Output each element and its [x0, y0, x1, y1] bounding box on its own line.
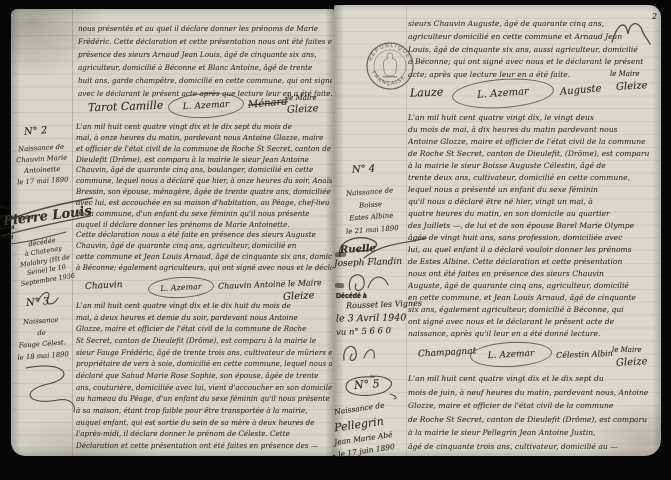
text-line: ont signé avec nous et le déclarant le p…: [408, 316, 658, 328]
text-line: Chauvin, âgé de quarante cinq ans, agric…: [76, 241, 332, 252]
text-line: de Roche St Secret, canton de Dieulefit,…: [408, 148, 658, 160]
stamp-text-top: RÉPUBLIQUE: [368, 43, 412, 62]
scanned-register-spread: nous présentés et au quel il déclare don…: [0, 0, 671, 480]
top-right-paraph: [608, 16, 652, 50]
mayor-label-2: le Maire: [612, 346, 642, 354]
text-line: âgé de cinquante trois ans, cultivateur,…: [408, 440, 658, 454]
record5-body: L'an mil huit cent quatre vingt dix et l…: [408, 372, 658, 453]
record4-death-reference: vu n° 5 6 6 0: [336, 326, 391, 338]
text-line: de Estes Albine. Cette déclaration et ce…: [408, 256, 658, 268]
mayor-label-1: le Maire: [287, 94, 317, 102]
text-line: au hameau du Péage, d'un enfant du sexe …: [76, 393, 332, 405]
signature-mayor-gleize-1: Gleize: [287, 103, 319, 116]
text-line: nous ont été faites en présence des sieu…: [408, 268, 658, 280]
record4-margin-number: N° 4: [352, 163, 376, 175]
text-line: à la mairie le sieur Boisse Auguste Céle…: [408, 160, 658, 172]
text-line: huit ans, garde champêtre, domicilié en …: [78, 75, 332, 88]
text-line: Glozze, maire et officier de l'état civi…: [76, 323, 332, 335]
text-line: Chauvin, âgé de quarante cinq ans, boula…: [76, 165, 332, 176]
text-line: propriétaire de vers à soie, domicilié e…: [76, 358, 332, 370]
text-line: commune, lequel nous a déclaré que hier,…: [76, 176, 332, 187]
text-line: Antoine Glozze, maire et officier de l'é…: [408, 136, 658, 148]
text-line: à la mairie le sieur Pellegrin Jean Anto…: [408, 426, 658, 440]
mayor-label-top-right: le Maire: [610, 70, 640, 78]
signature-tarot-camille: Tarot Camille: [88, 99, 164, 115]
text-line: du mois de mai, à dix heures du matin pa…: [408, 124, 658, 136]
svg-text:RÉPUBLIQUE: RÉPUBLIQUE: [368, 43, 412, 62]
text-line: agriculteur, domicilié à Béconne et Blan…: [78, 62, 332, 75]
text-line: Dieulefit (Drôme), est comparu à la mair…: [76, 155, 332, 166]
text-line: âgée de vingt huit ans, sans profession,…: [408, 232, 658, 244]
text-line: trente deux ans, cultivateur, domicilié …: [408, 172, 658, 184]
left-continuation-paragraph: nous présentés et au quel il déclare don…: [78, 23, 332, 100]
record4-margin-note: Naissance deBoisseEstes Albinele 21 mai …: [334, 184, 407, 239]
record2-margin-note: Naissance deChauvin MarieAntoinettele 17…: [12, 142, 72, 189]
record4-scrawl-paraph: [344, 268, 392, 296]
text-line: Déclaration et cette présentation ont ét…: [76, 440, 332, 452]
text-line: mai, à onze heures du matin, pardevant n…: [76, 133, 332, 144]
text-line: cette commune et Jean Louis Arnaud, âgé …: [76, 252, 332, 263]
text-line: et officier de l'état civil de la commun…: [76, 144, 332, 155]
record3-body: L'an mil huit cent quatre vingt dix et l…: [76, 300, 332, 452]
text-line: de Roche St Secret, canton de Dieulefit …: [408, 413, 658, 427]
record3-margin-flourish: [18, 360, 82, 416]
text-line: déclaré que Sahud Marie Rose Sophie, son…: [76, 370, 332, 382]
text-line: L'an mil huit cent quatre vingt dix, le …: [408, 112, 658, 124]
text-line: ans, couturière, domiciliée avec lui, vi…: [76, 382, 332, 394]
text-line: L'an mil huit cent quatre vingt dix et l…: [76, 300, 332, 312]
text-line: nous présentés et au quel il déclare don…: [78, 23, 332, 36]
text-line: lequel nous a présenté un enfant du sexe…: [408, 184, 658, 196]
text-line: à Béconne; qui ont signé avec nous et le…: [408, 56, 658, 69]
text-line: avec lui, est accouchée en sa maison d'h…: [76, 198, 332, 209]
death-note-initials-paraph: [338, 338, 378, 368]
text-line: Auguste, âgé de quarante cinq ans, agric…: [408, 280, 658, 292]
text-line: des Juillets —, de lui et de son épouse …: [408, 220, 658, 232]
text-line: Bressin, son épouse, ménagère, âgée de t…: [76, 187, 332, 198]
text-line: mai, à deux heures et demie du soir, par…: [76, 312, 332, 324]
record2-margin-number: N° 2: [24, 125, 48, 138]
record4-death-label: Décédé à: [336, 293, 367, 300]
text-line: L'an mil huit cent quatre vingt dix et l…: [76, 122, 332, 133]
text-line: Glozze, maire et officier de l'état civi…: [408, 399, 658, 413]
text-line: naissance, après qu'il leur en a été don…: [408, 328, 658, 340]
record3-margin-number: N° 3: [26, 296, 50, 309]
text-line: auquel il déclare donner les prénoms de …: [76, 220, 332, 231]
text-line: de la commune, d'un enfant du sexe fémin…: [76, 209, 332, 220]
text-line: présence des sieurs Arnaud Jean Louis, â…: [78, 49, 332, 62]
text-line: quatre heures du matin, en son domicile …: [408, 208, 658, 220]
signature-mayor-gleize-4: Gleize: [616, 356, 648, 369]
text-line: six ans, également agriculteur, domicili…: [408, 304, 658, 316]
text-line: à sa maison, étant trop faible pour être…: [76, 405, 332, 417]
record2-body: L'an mil huit cent quatre vingt dix et l…: [76, 122, 332, 274]
ink-smudge: [335, 283, 344, 288]
record3-margin-note: NaissancedeFauge Célest.le 18 mai 1890: [11, 314, 72, 364]
text-line: lui, au quel enfant il a déclaré vouloir…: [408, 244, 658, 256]
signature-lauze: Lauze: [410, 85, 444, 99]
text-line: sieur Fauge Frédéric, âgé de trente troi…: [76, 347, 332, 359]
record4-body: L'an mil huit cent quatre vingt dix, le …: [408, 112, 658, 340]
text-line: Frédéric. Cette déclaration et cette pré…: [78, 36, 332, 49]
text-line: auquel enfant, qui est sortie du sein de…: [76, 417, 332, 429]
text-line: en cette commune, et Jean Louis Arnaud, …: [408, 292, 658, 304]
signature-mayor-gleize-3: Gleize: [616, 80, 648, 93]
record4-death-date: le 3 Avril 1940: [336, 312, 407, 324]
record5-margin-number: N° 5: [354, 377, 380, 392]
text-line: L'an mil huit cent quatre vingt dix et l…: [408, 372, 658, 386]
signature-chauvin: Chauvin: [85, 280, 123, 292]
text-line: l'après-midi, il déclare donner le préno…: [76, 428, 332, 440]
ink-smudge: [335, 252, 346, 258]
text-line: Cette déclaration nous a été faite en pr…: [76, 230, 332, 241]
text-line: qu'il nous a déclaré être né hier, vingt…: [408, 196, 658, 208]
text-line: à Béconne; également agriculteurs, qui o…: [76, 263, 332, 274]
text-line: St Secret, canton de Dieulefit (Drôme), …: [76, 335, 332, 347]
text-line: mois de juin, à neuf heures du matin, pa…: [408, 386, 658, 400]
